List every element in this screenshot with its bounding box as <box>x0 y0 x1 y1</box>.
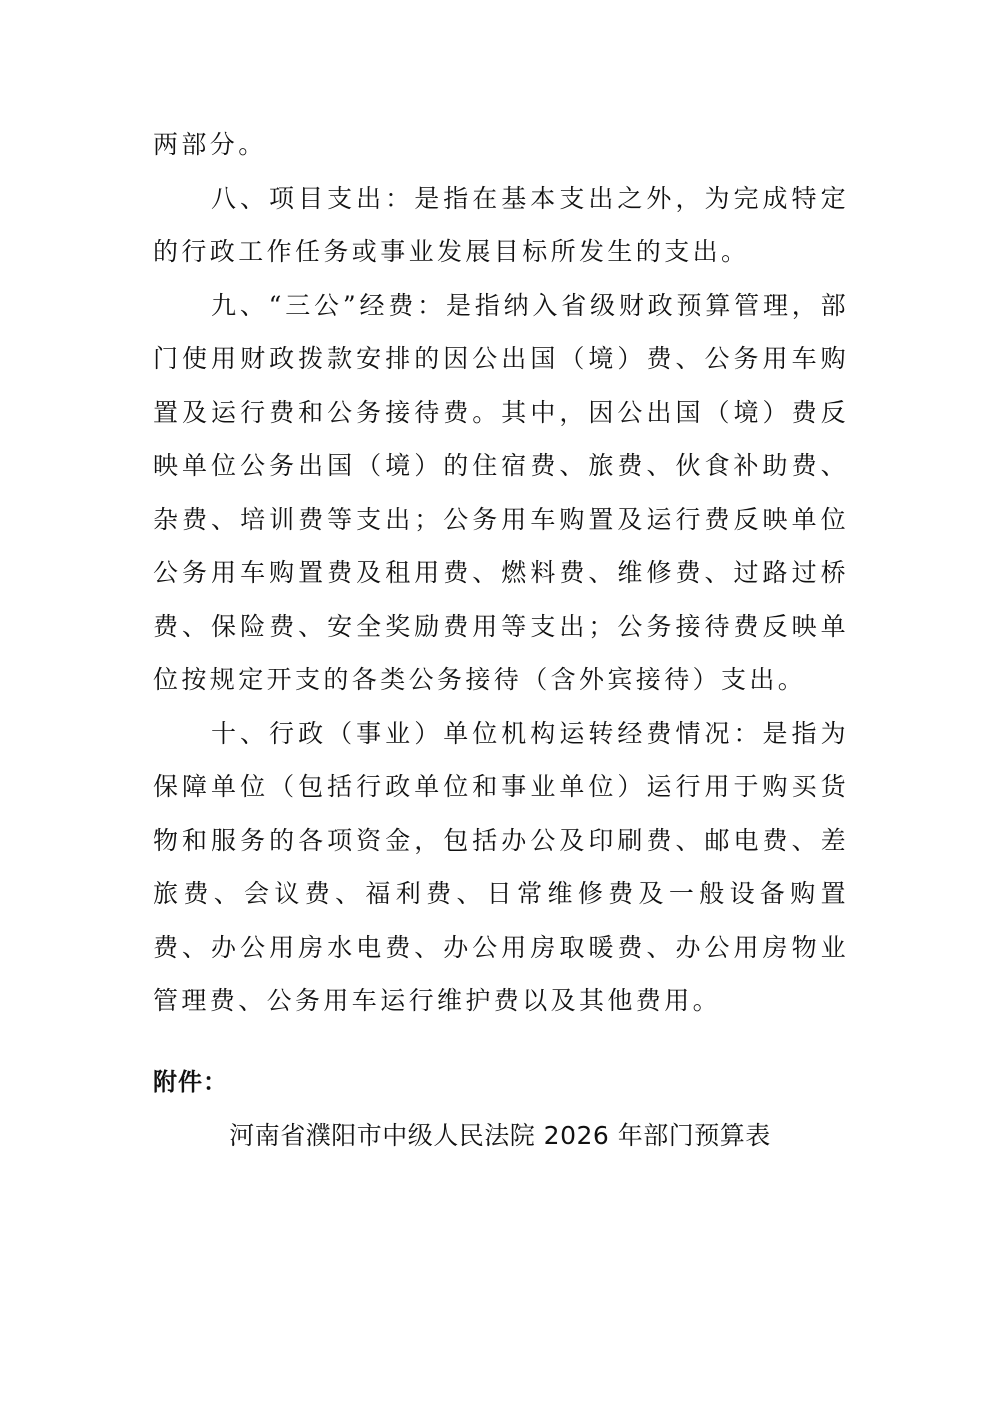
attachment-label: 附件： <box>153 1062 228 1097</box>
paragraph-three-public-expenses: 九、“三公”经费：是指纳入省级财政预算管理，部门使用财政拨款安排的因公出国（境）… <box>153 279 849 707</box>
attachment-title: 河南省濮阳市中级人民法院 2026 年部门预算表 <box>0 1116 1000 1152</box>
document-page: 两部分。 八、项目支出：是指在基本支出之外，为完成特定的行政工作任务或事业发展目… <box>0 0 1000 1414</box>
paragraph-project-expenditure: 八、项目支出：是指在基本支出之外，为完成特定的行政工作任务或事业发展目标所发生的… <box>153 172 849 279</box>
document-body: 两部分。 八、项目支出：是指在基本支出之外，为完成特定的行政工作任务或事业发展目… <box>153 118 849 1028</box>
paragraph-operating-expenses: 十、行政（事业）单位机构运转经费情况：是指为保障单位（包括行政单位和事业单位）运… <box>153 707 849 1028</box>
paragraph-continuation: 两部分。 <box>153 118 849 172</box>
